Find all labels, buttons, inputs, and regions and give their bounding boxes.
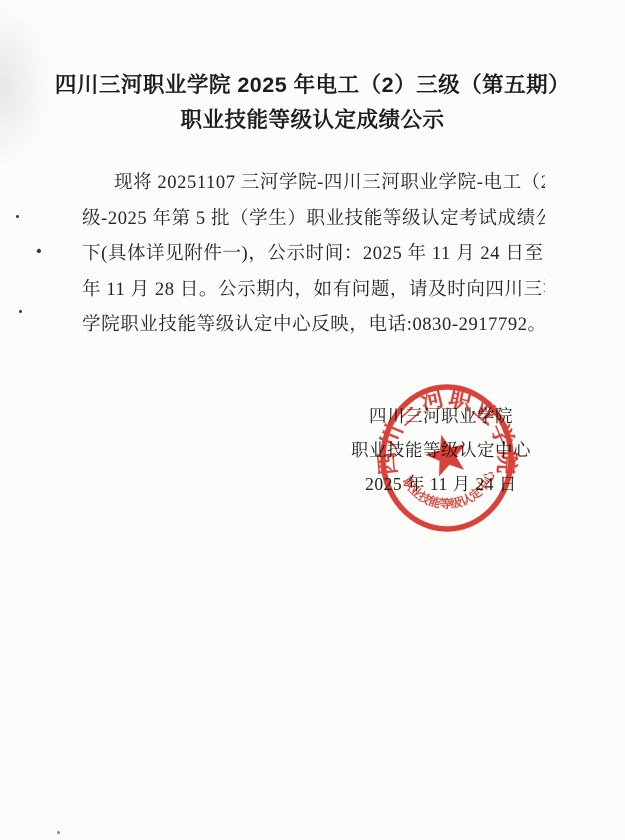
body-line: 级-2025 年第 5 批（学生）职业技能等级认定考试成绩公示如 (82, 202, 545, 238)
star-icon (425, 435, 466, 477)
scan-speck (16, 215, 19, 218)
body-line: 下(具体详见附件一)，公示时间：2025 年 11 月 24 日至 2025 (82, 237, 545, 273)
official-seal-stamp: 四川三河职业学院 职业技能等级认定中心 (372, 380, 522, 538)
scan-speck (57, 831, 60, 834)
seal-bottom-text: 职业技能等级认定中心 (399, 465, 502, 516)
body-line: 年 11 月 28 日。公示期内，如有问题，请及时向四川三河职业 (82, 273, 545, 309)
scan-speck (36, 248, 42, 254)
scan-speck (19, 310, 22, 313)
title-line-2: 职业技能等级认定成绩公示 (0, 103, 625, 138)
body-line: 现将 20251107 三河学院-四川三河职业学院-电工（2）三 (82, 166, 545, 202)
title-line-1: 四川三河职业学院 2025 年电工（2）三级（第五期） (0, 68, 625, 103)
document-title: 四川三河职业学院 2025 年电工（2）三级（第五期） 职业技能等级认定成绩公示 (0, 68, 625, 138)
body-line: 学院职业技能等级认定中心反映，电话:0830-2917792。 (82, 308, 545, 344)
scanned-document-page: 四川三河职业学院 2025 年电工（2）三级（第五期） 职业技能等级认定成绩公示… (0, 0, 625, 840)
document-body: 现将 20251107 三河学院-四川三河职业学院-电工（2）三 级-2025 … (82, 166, 545, 344)
